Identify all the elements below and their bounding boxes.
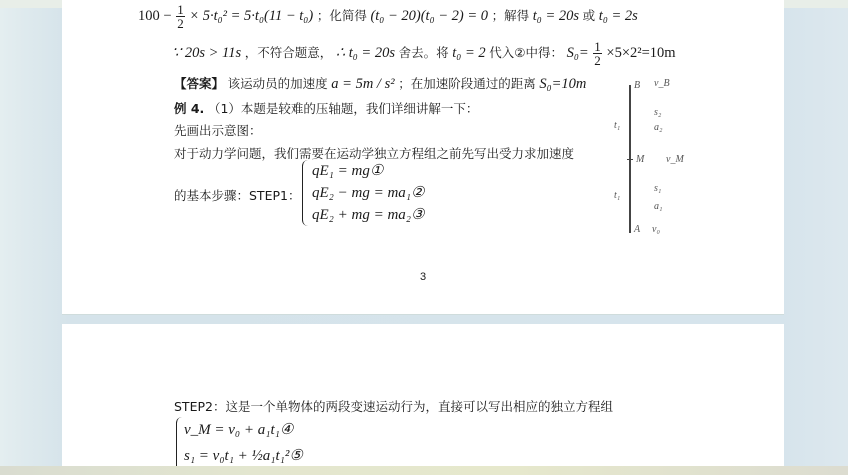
chinese-text: 代入②中得： bbox=[489, 45, 563, 60]
chinese-text: ，不符合题意， bbox=[245, 45, 333, 60]
a1-label: a₁ bbox=[654, 201, 662, 212]
equation-text: S₀=10m bbox=[539, 76, 586, 92]
equation-text: t₀ = 2 bbox=[452, 45, 485, 61]
a2-label: a₂ bbox=[654, 122, 662, 133]
velocity-b-label: v_B bbox=[654, 78, 670, 89]
chinese-text: 舍去。将 bbox=[399, 45, 449, 60]
equation-text: 100 − bbox=[138, 8, 172, 24]
document-page-3: 100 − 12 × 5·t₀² = 5·t₀(11 − t₀) ；化简得 (t… bbox=[62, 0, 784, 314]
equation-text: qE₁ = mg① bbox=[312, 163, 383, 179]
answer-line: 【答案】 该运动员的加速度 a = 5m / s² ；在加速阶段通过的距离 S₀… bbox=[174, 75, 586, 93]
fraction-numerator: 1 bbox=[593, 40, 602, 54]
equation-3: qE₂ + mg = ma₂③ bbox=[312, 204, 424, 226]
viewer-background-bottom bbox=[0, 466, 848, 475]
chinese-text: 或 bbox=[583, 8, 596, 23]
s2-label: s₂ bbox=[654, 107, 661, 118]
equation-text: ∵ 20s > 11s bbox=[172, 45, 241, 61]
equation-line-2: ∵ 20s > 11s ，不符合题意， ∴ t₀ = 20s 舍去。将 t₀ =… bbox=[172, 40, 676, 67]
equation-text: v_M = v₀ + a₁t₁④ bbox=[184, 422, 293, 438]
draw-diagram-line: 先画出示意图： bbox=[174, 122, 262, 140]
equation-text: S₀= bbox=[567, 45, 589, 61]
example-label: 例 4. bbox=[174, 101, 204, 116]
fraction: 12 bbox=[593, 40, 602, 67]
equation-1: qE₁ = mg① bbox=[312, 160, 424, 182]
midpoint-tick bbox=[627, 159, 633, 160]
upper-time-label: t₁ bbox=[614, 120, 620, 131]
example-heading-line: 例 4. （1）本题是较难的压轴题，我们详细讲解一下： bbox=[174, 100, 478, 118]
equation-text: a = 5m / s² bbox=[331, 76, 394, 92]
fraction-denominator: 2 bbox=[593, 54, 602, 67]
chinese-text: 先画出示意图： bbox=[174, 123, 262, 138]
point-a-label: A bbox=[634, 224, 640, 235]
chinese-text: （1）本题是较难的压轴题，我们详细讲解一下： bbox=[208, 101, 478, 116]
equation-text: (t₀ − 20)(t₀ − 2) = 0 bbox=[370, 8, 488, 24]
chinese-text: ；在加速阶段通过的距离 bbox=[398, 76, 536, 91]
point-m-label: M bbox=[636, 154, 644, 165]
point-b-label: B bbox=[634, 80, 640, 91]
chinese-text: 该运动员的加速度 bbox=[228, 76, 328, 91]
equation-text: ×5×2²=10m bbox=[606, 45, 675, 61]
equation-list: qE₁ = mg① qE₂ − mg = ma₁② qE₂ + mg = ma₂… bbox=[312, 160, 424, 226]
chinese-text: ；解得 bbox=[492, 8, 530, 23]
chinese-text: 对于动力学问题，我们需要在运动学独立方程组之前先写出受力求加速度 bbox=[174, 146, 574, 161]
lower-time-label: t₁ bbox=[614, 190, 620, 201]
equation-2: qE₂ − mg = ma₁② bbox=[312, 182, 424, 204]
equation-4: v_M = v₀ + a₁t₁④ bbox=[184, 417, 303, 443]
step1-equation-system: qE₁ = mg① qE₂ − mg = ma₁② qE₂ + mg = ma₂… bbox=[302, 160, 502, 228]
step2-line: STEP2：这是一个单物体的两段变速运动行为，直接可以写出相应的独立方程组 bbox=[174, 398, 613, 416]
fraction-numerator: 1 bbox=[176, 3, 185, 17]
equation-line-1: 100 − 12 × 5·t₀² = 5·t₀(11 − t₀) ；化简得 (t… bbox=[138, 3, 638, 30]
document-page-4: STEP2：这是一个单物体的两段变速运动行为，直接可以写出相应的独立方程组 v_… bbox=[62, 324, 784, 466]
step1-label: 的基本步骤：STEP1： bbox=[174, 188, 300, 203]
equation-text: t₀ = 20s bbox=[533, 8, 579, 24]
velocity-m-label: v_M bbox=[666, 154, 684, 165]
step1-label-line: 的基本步骤：STEP1： bbox=[174, 187, 300, 205]
motion-diagram: B v_B t₁ s₂ a₂ M v_M t₁ s₁ a₁ A v₀ bbox=[614, 80, 704, 240]
equation-text: s₁ = v₀t₁ + ½a₁t₁²⑤ bbox=[184, 448, 303, 464]
left-brace bbox=[302, 160, 309, 226]
velocity-a-label: v₀ bbox=[652, 224, 660, 235]
equation-text: t₀ = 2s bbox=[599, 8, 638, 24]
chinese-text: STEP2：这是一个单物体的两段变速运动行为，直接可以写出相应的独立方程组 bbox=[174, 399, 613, 414]
fraction-denominator: 2 bbox=[176, 17, 185, 30]
answer-tag: 【答案】 bbox=[174, 76, 224, 91]
equation-text: qE₂ + mg = ma₂③ bbox=[312, 207, 424, 223]
fraction: 12 bbox=[176, 3, 185, 30]
step2-equation-system: v_M = v₀ + a₁t₁④ s₁ = v₀t₁ + ½a₁t₁²⑤ bbox=[176, 417, 376, 467]
equation-list: v_M = v₀ + a₁t₁④ s₁ = v₀t₁ + ½a₁t₁²⑤ bbox=[184, 417, 303, 469]
chinese-text: ；化简得 bbox=[317, 8, 367, 23]
equation-text: qE₂ − mg = ma₁② bbox=[312, 185, 424, 201]
equation-text: × 5·t₀² = 5·t₀(11 − t₀) bbox=[189, 8, 313, 24]
equation-text: ∴ t₀ = 20s bbox=[336, 45, 395, 61]
page-number: 3 bbox=[420, 271, 426, 283]
s1-label: s₁ bbox=[654, 183, 661, 194]
